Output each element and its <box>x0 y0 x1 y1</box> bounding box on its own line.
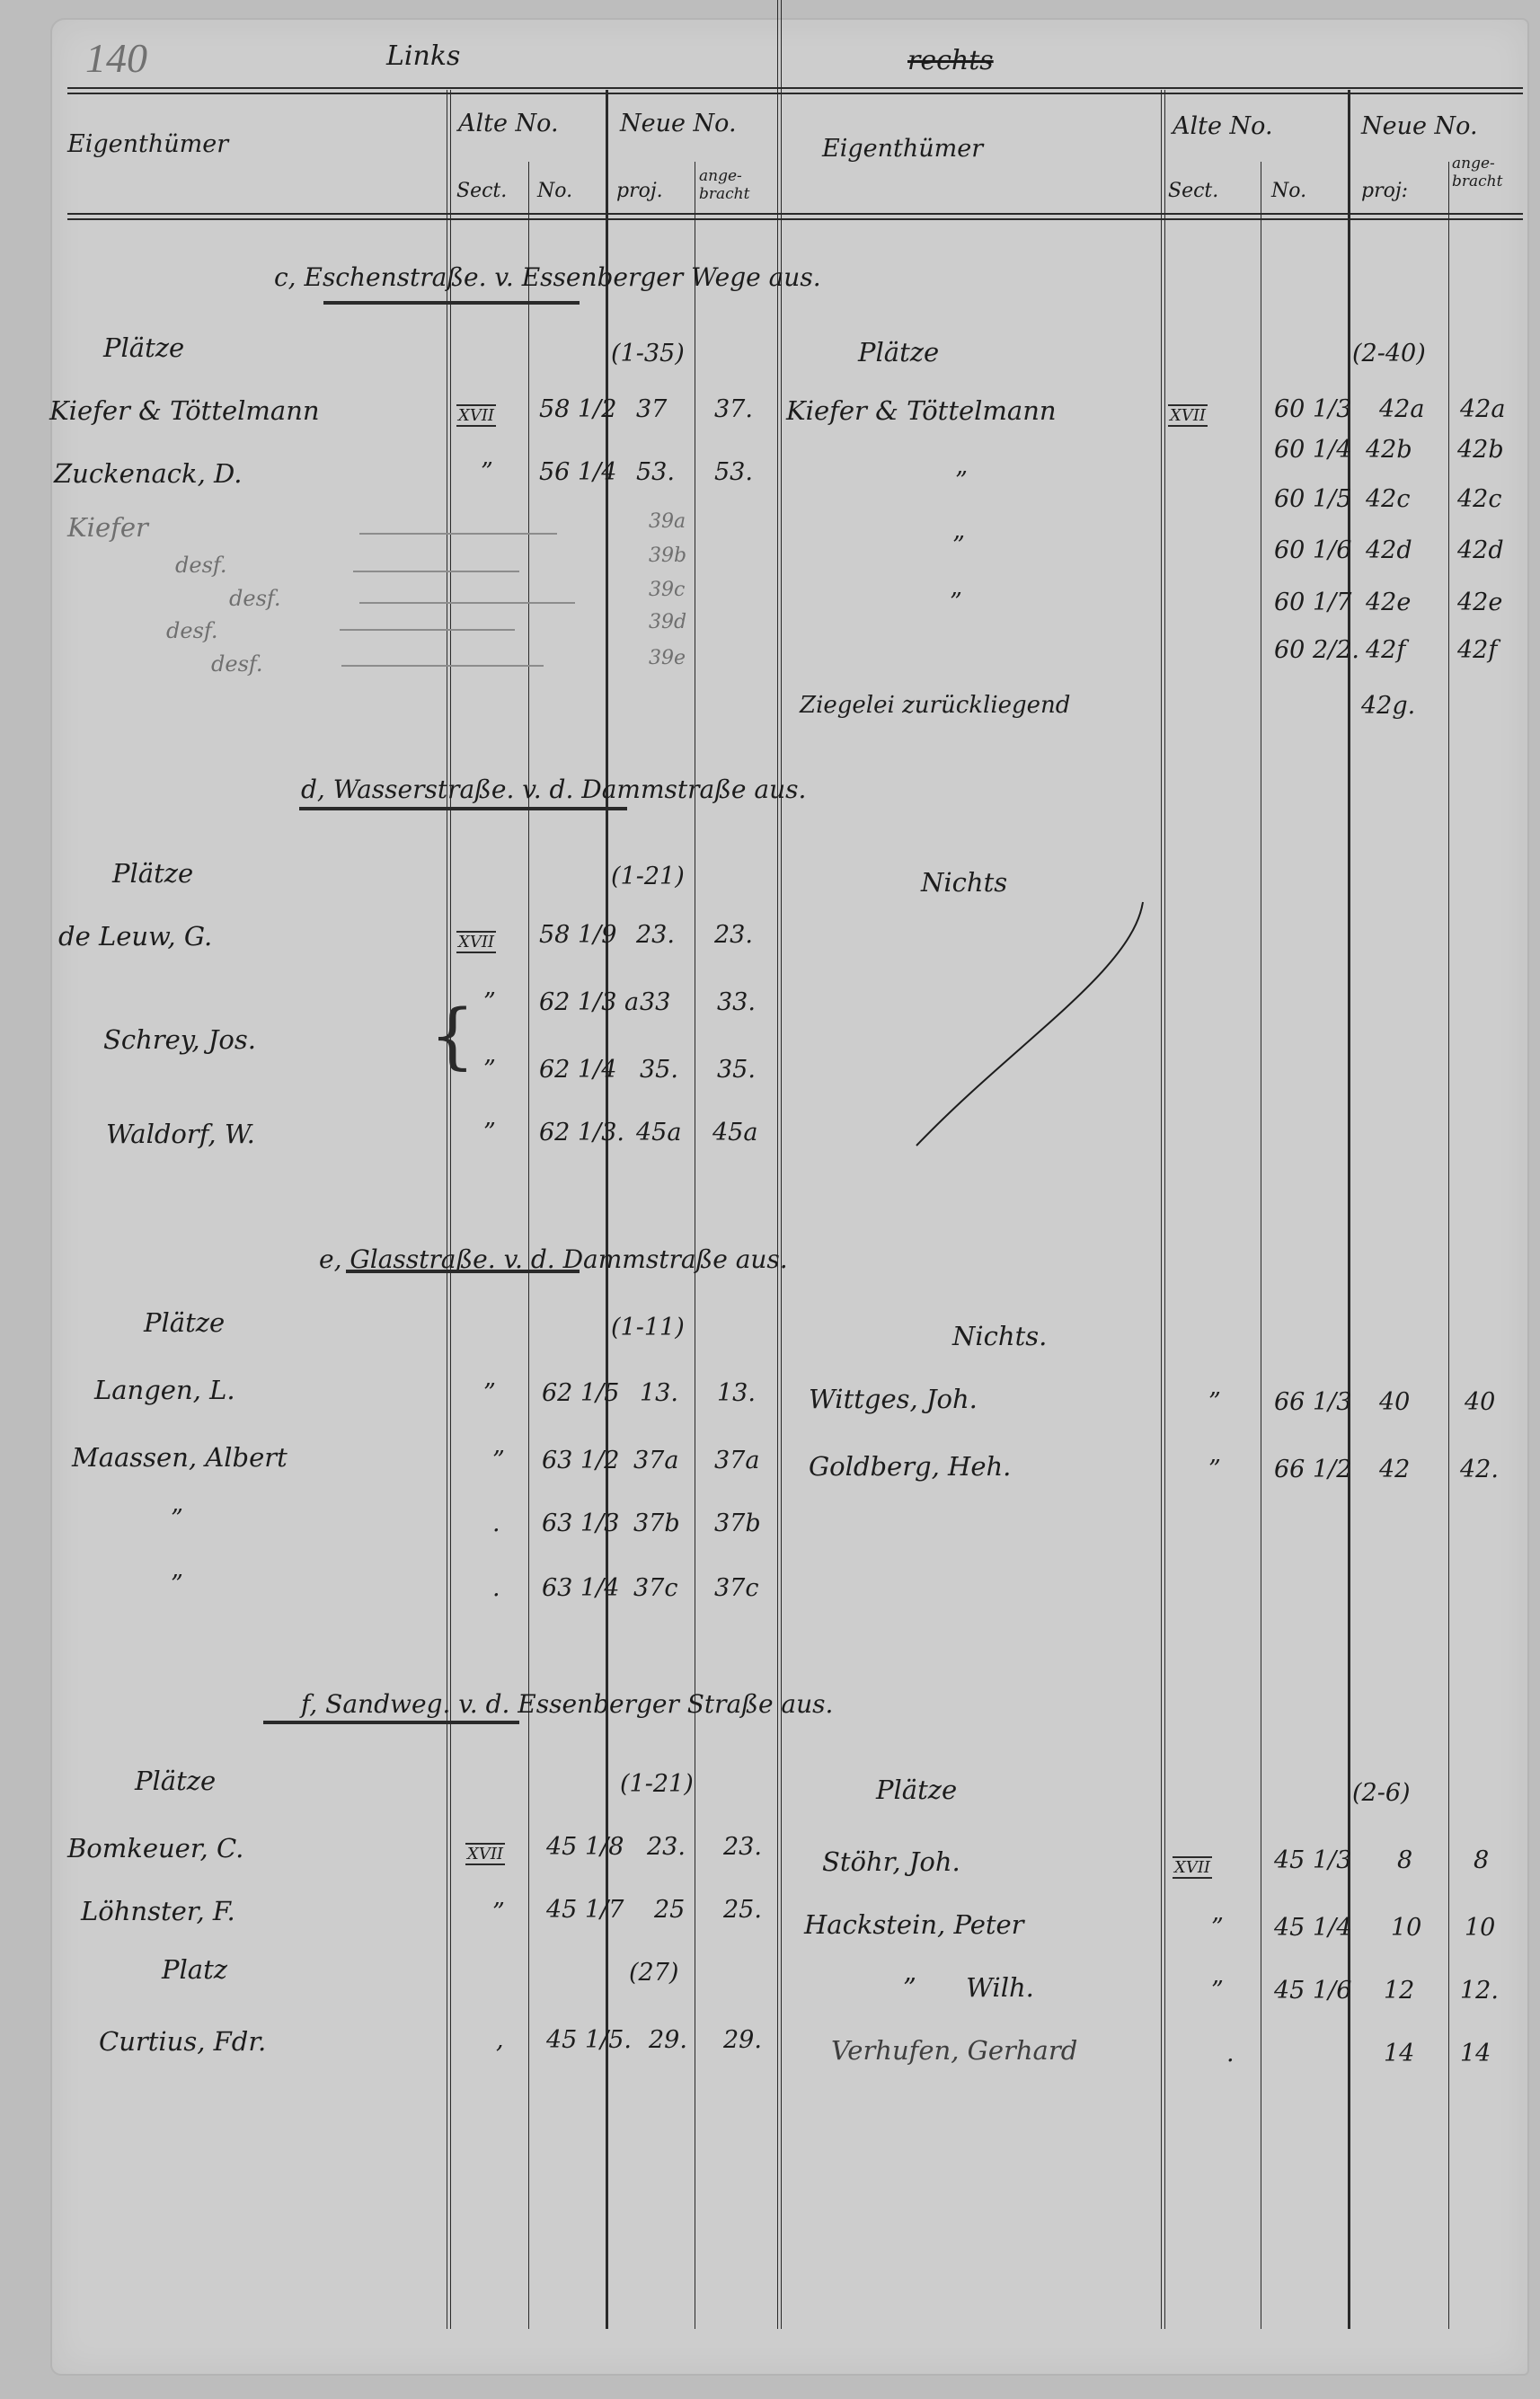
old-no-value: 56 1/4 <box>539 458 616 486</box>
owner-name: Wittges, Joh. <box>809 1384 978 1414</box>
sect-value: , <box>496 2026 504 2054</box>
sect-value: ” <box>481 458 493 486</box>
angebracht-value: 35. <box>717 1056 756 1084</box>
owner-name: Langen, L. <box>94 1375 235 1405</box>
ditto-owner: ” <box>955 467 968 495</box>
header-bottom-rule <box>67 213 1523 215</box>
section-f-underline <box>263 1721 519 1724</box>
section-f-left-platz: Platz <box>162 1954 227 1985</box>
pencil-owner: Kiefer <box>67 512 148 543</box>
sect-value: ” <box>483 1379 496 1407</box>
owner-name: Hackstein, Peter <box>804 1909 1024 1940</box>
old-no-value: 66 1/2 <box>1274 1456 1351 1483</box>
proj-value: 12 <box>1384 1977 1414 2005</box>
pencil-owner: desf. <box>166 618 218 643</box>
proj-value: 42e <box>1366 589 1411 616</box>
left-owner-header: Eigenthümer <box>67 130 228 158</box>
section-f-left-plaetze: Plätze <box>135 1766 216 1796</box>
proj-value: 42 <box>1379 1456 1410 1483</box>
section-f-right-range: (2-6) <box>1352 1779 1411 1807</box>
bracket-owner: Schrey, Jos. <box>103 1024 256 1055</box>
sect-value: ” <box>1208 1388 1221 1416</box>
sect-value: XVII <box>456 404 496 427</box>
section-e-left-plaetze: Plätze <box>144 1307 225 1338</box>
sect-value: XVII <box>1173 1856 1212 1879</box>
old-no-value: 60 1/4 <box>1274 436 1351 464</box>
section-c-right-note-proj: 42g. <box>1361 692 1415 720</box>
angebracht-value: 37. <box>714 395 753 423</box>
angebracht-value: 29. <box>723 2026 762 2054</box>
proj-value: 10 <box>1391 1914 1421 1942</box>
old-no-value: 60 1/5 <box>1274 485 1351 513</box>
sect-value: . <box>492 1574 500 1602</box>
section-e-prefix: e, <box>319 1244 341 1274</box>
section-c-prefix: c, <box>274 262 296 292</box>
owner-name: Maassen, Albert <box>72 1442 288 1473</box>
proj-value: 42b <box>1366 436 1412 464</box>
old-no-value: 62 1/3. <box>539 1119 624 1146</box>
angebracht-value: 42e <box>1457 589 1502 616</box>
ditto-owner: ” <box>171 1571 183 1598</box>
left-angebracht-header: ange-bracht <box>699 167 771 203</box>
angebracht-value: 37a <box>714 1447 759 1474</box>
ditto-owner: ” <box>952 532 965 560</box>
proj-value: 13. <box>640 1379 678 1407</box>
angebracht-value: 8 <box>1474 1846 1489 1874</box>
angebracht-value: 10 <box>1465 1914 1495 1942</box>
left-proj-header: proj. <box>616 180 663 202</box>
old-no-value: 45 1/5. <box>546 2026 632 2054</box>
old-no-value: 45 1/3 <box>1274 1846 1351 1874</box>
pencil-owner: desf. <box>175 553 227 578</box>
right-proj-header: proj: <box>1361 180 1408 202</box>
proj-value: 42d <box>1366 536 1412 564</box>
proj-value: 37b <box>633 1509 680 1537</box>
left-no-header: No. <box>537 180 572 202</box>
old-no-value: 63 1/2 <box>542 1447 619 1474</box>
owner-name: Verhufen, Gerhard <box>831 2035 1077 2066</box>
sect-value: ” <box>492 1447 505 1474</box>
angebracht-value: 42d <box>1457 536 1504 564</box>
section-d-title: d, Wasserstraße. v. d. Dammstraße aus. <box>301 775 806 804</box>
brace-icon: { <box>429 1000 475 1072</box>
owner-name: Bomkeuer, C. <box>67 1833 243 1863</box>
angebracht-value: 42. <box>1460 1456 1499 1483</box>
angebracht-value: 23. <box>723 1833 762 1861</box>
section-f-right-plaetze: Plätze <box>876 1775 957 1805</box>
right-angebracht-header: ange-bracht <box>1452 155 1524 190</box>
owner-name: Löhnster, F. <box>81 1896 235 1926</box>
left-sect-header: Sect. <box>456 180 507 202</box>
pencil-dash <box>340 629 515 631</box>
old-no-value: 60 1/6 <box>1274 536 1351 564</box>
angebracht-value: 13. <box>717 1379 756 1407</box>
owner-name: Waldorf, W. <box>106 1119 255 1149</box>
section-c-left-plaetze: Plätze <box>103 332 184 363</box>
old-no-value: 63 1/4 <box>542 1574 619 1602</box>
proj-value: 23. <box>647 1833 686 1861</box>
old-no-value: 66 1/3 <box>1274 1388 1351 1416</box>
section-d-rest: v. d. Dammstraße aus. <box>522 775 806 804</box>
angebracht-value: 25. <box>723 1896 762 1924</box>
angebracht-value: 45a <box>712 1119 757 1146</box>
sect-value: . <box>1226 2040 1235 2067</box>
col-line-right-sect <box>1161 90 1162 2329</box>
col-line-left-sect <box>447 90 447 2329</box>
angebracht-value: 12. <box>1460 1977 1499 2005</box>
angebracht-value: 42a <box>1460 395 1505 423</box>
proj-value: 42f <box>1366 636 1405 664</box>
section-e-right-nothing: Nichts. <box>952 1321 1047 1351</box>
pencil-proj: 39b <box>649 544 686 567</box>
center-divider <box>777 0 778 2329</box>
old-no-value: 63 1/3 <box>542 1509 619 1537</box>
owner-name: Curtius, Fdr. <box>99 2026 266 2057</box>
angebracht-value: 23. <box>714 921 753 949</box>
pencil-proj: 39a <box>649 510 686 533</box>
proj-value: 25 <box>654 1896 685 1924</box>
sect-value: ” <box>1208 1456 1221 1483</box>
sect-value: ” <box>492 1899 505 1926</box>
owner-name: ” Wilh. <box>903 1972 1034 2003</box>
proj-value: 37a <box>633 1447 678 1474</box>
proj-value: 40 <box>1379 1388 1410 1416</box>
sect-value: ” <box>1211 1977 1224 2005</box>
owner-name: Kiefer & Töttelmann <box>786 395 1057 426</box>
angebracht-value: 40 <box>1465 1388 1495 1416</box>
section-f-left-platz-range: (27) <box>629 1959 678 1987</box>
col-line-left-proj <box>606 90 608 2329</box>
old-no-value: 62 1/4 <box>539 1056 616 1084</box>
col-line-right-angebracht <box>1448 162 1449 2329</box>
section-c-underline <box>323 301 580 305</box>
proj-value: 35. <box>640 1056 678 1084</box>
right-sect-header: Sect. <box>1168 180 1218 202</box>
pencil-dash <box>341 665 544 667</box>
old-no-value: 60 1/7 <box>1274 589 1351 616</box>
strike-through-stroke-icon <box>907 899 1150 1150</box>
proj-value: 37 <box>636 395 667 423</box>
section-c-right-note: Ziegelei zurückliegend <box>800 692 1070 719</box>
proj-value: 14 <box>1384 2040 1414 2067</box>
right-no-header: No. <box>1271 180 1306 202</box>
old-no-value: 45 1/8 <box>546 1833 624 1861</box>
sect-value: ” <box>483 1119 496 1146</box>
pencil-proj: 39e <box>649 647 686 669</box>
ditto-owner: ” <box>950 589 962 616</box>
sect-value: ” <box>1211 1914 1224 1942</box>
angebracht-value: 37c <box>714 1574 758 1602</box>
angebracht-value: 42b <box>1457 436 1504 464</box>
section-e-left-range: (1-11) <box>611 1314 685 1341</box>
owner-name: Zuckenack, D. <box>54 458 242 489</box>
sect-value: . <box>492 1509 500 1537</box>
section-d-prefix: d, <box>301 775 325 804</box>
section-f-left-range: (1-21) <box>620 1770 694 1798</box>
col-line-right-no <box>1261 162 1261 2329</box>
sect-value: XVII <box>456 931 496 953</box>
pencil-proj: 39c <box>649 579 685 601</box>
old-no-value: 58 1/2 <box>539 395 616 423</box>
section-d-right-nothing: Nichts <box>921 867 1007 898</box>
angebracht-value: 33. <box>717 988 756 1016</box>
proj-value: 53. <box>636 458 675 486</box>
pencil-owner: desf. <box>211 651 263 677</box>
owner-name: Kiefer & Töttelmann <box>49 395 320 426</box>
old-no-value: 60 2/2. <box>1274 636 1359 664</box>
sect-value: XVII <box>465 1843 505 1865</box>
left-new-no-header: Neue No. <box>620 110 737 137</box>
page-number: 140 <box>85 34 147 82</box>
section-c-street: Eschenstraße. <box>305 262 487 292</box>
section-d-street: Wasserstraße. <box>333 775 515 804</box>
angebracht-value: 53. <box>714 458 753 486</box>
proj-value: 23. <box>636 921 675 949</box>
section-c-right-range: (2-40) <box>1352 340 1426 367</box>
pencil-proj: 39d <box>649 611 686 633</box>
old-no-value: 58 1/9 <box>539 921 616 949</box>
section-f-title: f, Sandweg. v. d. Essenberger Straße aus… <box>301 1689 833 1719</box>
section-f-street: Sandweg. <box>325 1689 450 1719</box>
left-side-heading: Links <box>386 40 460 72</box>
right-old-no-header: Alte No. <box>1173 112 1273 140</box>
owner-name: Goldberg, Heh. <box>809 1451 1011 1482</box>
old-no-value: 62 1/3 a <box>539 988 639 1016</box>
old-no-value: 45 1/6 <box>1274 1977 1351 2005</box>
pencil-dash <box>353 571 519 572</box>
left-old-no-header: Alte No. <box>458 110 559 137</box>
section-e-underline <box>346 1270 580 1273</box>
ledger-page <box>52 20 1527 2374</box>
proj-value: 29. <box>649 2026 687 2054</box>
section-f-prefix: f, <box>301 1689 317 1719</box>
section-f-rest: v. d. Essenberger Straße aus. <box>458 1689 833 1719</box>
angebracht-value: 42c <box>1457 485 1501 513</box>
proj-value: 42a <box>1379 395 1424 423</box>
sect-value: ” <box>483 1056 496 1084</box>
section-c-right-plaetze: Plätze <box>858 337 939 367</box>
right-side-heading: rechts <box>907 45 994 76</box>
proj-value: 33 <box>640 988 670 1016</box>
old-no-value: 45 1/4 <box>1274 1914 1351 1942</box>
section-d-left-plaetze: Plätze <box>112 858 193 889</box>
section-c-title: c, Eschenstraße. v. Essenberger Wege aus… <box>274 262 821 292</box>
pencil-dash <box>359 602 575 604</box>
section-c-rest: v. Essenberger Wege aus. <box>494 262 820 292</box>
sect-value: XVII <box>1168 404 1208 427</box>
old-no-value: 60 1/3 <box>1274 395 1351 423</box>
right-owner-header: Eigenthümer <box>822 135 983 163</box>
proj-value: 37c <box>633 1574 677 1602</box>
pencil-owner: desf. <box>229 586 281 611</box>
owner-name: de Leuw, G. <box>58 921 212 952</box>
angebracht-value: 42f <box>1457 636 1497 664</box>
ditto-owner: ” <box>171 1505 183 1533</box>
section-d-left-range: (1-21) <box>611 863 685 890</box>
sect-value: ” <box>483 988 496 1016</box>
owner-name: Stöhr, Joh. <box>822 1846 960 1877</box>
angebracht-value: 37b <box>714 1509 761 1537</box>
proj-value: 8 <box>1397 1846 1412 1874</box>
proj-value: 42c <box>1366 485 1410 513</box>
old-no-value: 45 1/7 <box>546 1896 624 1924</box>
proj-value: 45a <box>636 1119 681 1146</box>
section-c-left-range: (1-35) <box>611 340 685 367</box>
angebracht-value: 14 <box>1460 2040 1491 2067</box>
old-no-value: 62 1/5 <box>542 1379 619 1407</box>
right-new-no-header: Neue No. <box>1361 112 1478 140</box>
section-d-underline <box>299 807 627 810</box>
pencil-dash <box>359 533 557 535</box>
header-top-rule <box>67 87 1523 89</box>
